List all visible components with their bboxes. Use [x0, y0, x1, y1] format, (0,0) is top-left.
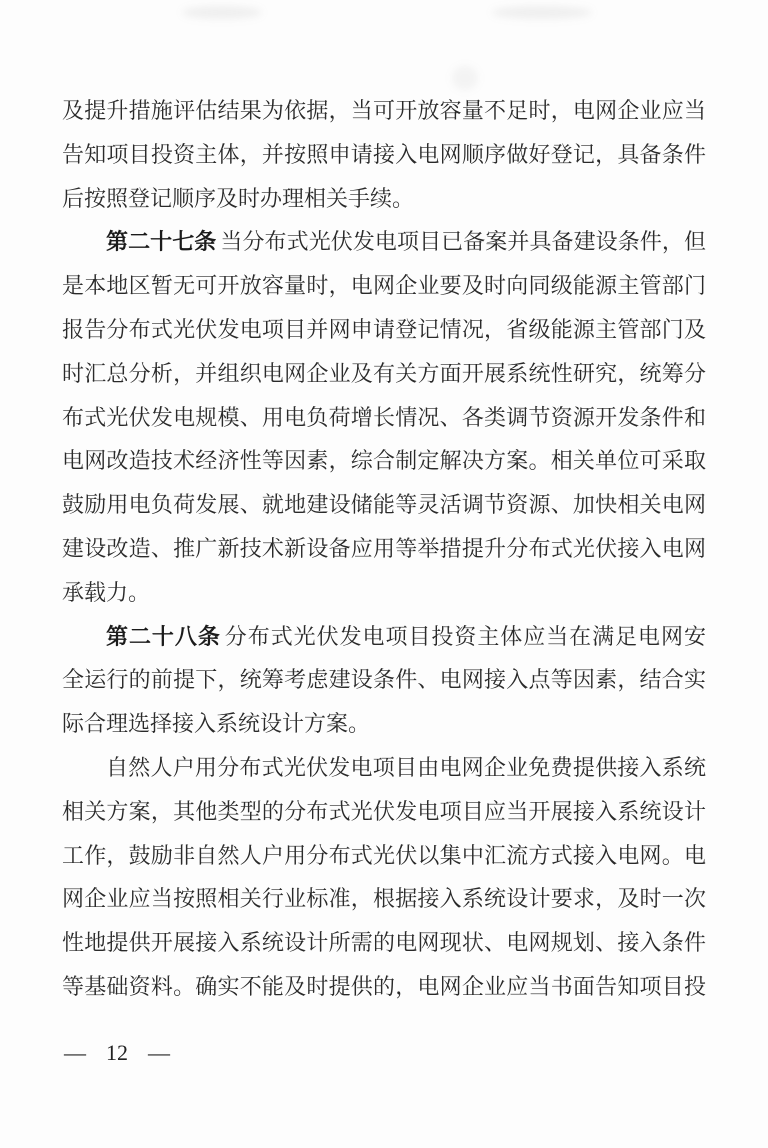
text-line: 鼓励用电负荷发展、就地建设储能等灵活调节资源、加快相关电网 [62, 483, 706, 527]
text-block: 及提升措施评估结果为依据，当可开放容量不足时，电网企业应当告知项目投资主体，并按… [62, 89, 706, 1009]
scan-artifact [182, 6, 262, 19]
line-text: 布式光伏发电规模、用电负荷增长情况、各类调节资源开发条件和 [62, 405, 706, 430]
page-footer: — 12 — [64, 1040, 170, 1066]
text-line: 时汇总分析，并组织电网企业及有关方面开展系统性研究，统筹分 [62, 352, 706, 396]
line-text: 自然人户用分布式光伏发电项目由电网企业免费提供接入系统 [106, 755, 706, 780]
text-line: 报告分布式光伏发电项目并网申请登记情况，省级能源主管部门及 [62, 308, 706, 352]
text-line: 工作，鼓励非自然人户用分布式光伏以集中汇流方式接入电网。电 [62, 834, 706, 878]
document-page: 及提升措施评估结果为依据，当可开放容量不足时，电网企业应当告知项目投资主体，并按… [0, 0, 768, 1148]
article-number: 第二十七条 [106, 229, 216, 254]
line-text: 网企业应当按照相关行业标准，根据接入系统设计要求，及时一次 [62, 886, 706, 911]
line-text: 承载力。 [62, 580, 150, 605]
line-text: 是本地区暂无可开放容量时，电网企业要及时向同级能源主管部门 [62, 273, 706, 298]
line-text: 分布式光伏发电项目投资主体应当在满足电网安 [225, 624, 706, 649]
text-line: 性地提供开展接入系统设计所需的电网现状、电网规划、接入条件 [62, 921, 706, 965]
line-text: 等基础资料。确实不能及时提供的，电网企业应当书面告知项目投 [62, 974, 706, 999]
text-line: 电网改造技术经济性等因素，综合制定解决方案。相关单位可采取 [62, 439, 706, 483]
line-text: 性地提供开展接入系统设计所需的电网现状、电网规划、接入条件 [62, 930, 706, 955]
line-text: 告知项目投资主体，并按照申请接入电网顺序做好登记，具备条件 [62, 142, 706, 167]
text-line: 等基础资料。确实不能及时提供的，电网企业应当书面告知项目投 [62, 965, 706, 1009]
line-text: 鼓励用电负荷发展、就地建设储能等灵活调节资源、加快相关电网 [62, 492, 706, 517]
line-text: 际合理选择接入系统设计方案。 [62, 711, 370, 736]
line-text: 报告分布式光伏发电项目并网申请登记情况，省级能源主管部门及 [62, 317, 706, 342]
text-line: 告知项目投资主体，并按照申请接入电网顺序做好登记，具备条件 [62, 133, 706, 177]
line-text: 时汇总分析，并组织电网企业及有关方面开展系统性研究，统筹分 [62, 361, 706, 386]
footer-dash-right: — [148, 1040, 170, 1066]
line-text: 及提升措施评估结果为依据，当可开放容量不足时，电网企业应当 [62, 98, 706, 123]
text-line: 布式光伏发电规模、用电负荷增长情况、各类调节资源开发条件和 [62, 396, 706, 440]
line-text: 当分布式光伏发电项目已备案并具备建设条件，但 [220, 229, 706, 254]
line-text: 后按照登记顺序及时办理相关手续。 [62, 186, 414, 211]
text-line: 自然人户用分布式光伏发电项目由电网企业免费提供接入系统 [62, 746, 706, 790]
text-line: 网企业应当按照相关行业标准，根据接入系统设计要求，及时一次 [62, 877, 706, 921]
page-number: 12 [106, 1040, 128, 1066]
line-text: 工作，鼓励非自然人户用分布式光伏以集中汇流方式接入电网。电 [62, 843, 706, 868]
line-text: 相关方案，其他类型的分布式光伏发电项目应当开展接入系统设计 [62, 799, 706, 824]
article-number: 第二十八条 [106, 624, 221, 649]
scan-artifact [452, 66, 478, 90]
line-text: 全运行的前提下，统筹考虑建设条件、电网接入点等因素，结合实 [62, 667, 706, 692]
text-line: 后按照登记顺序及时办理相关手续。 [62, 177, 706, 221]
text-line: 第二十八条分布式光伏发电项目投资主体应当在满足电网安 [62, 615, 706, 659]
text-line: 及提升措施评估结果为依据，当可开放容量不足时，电网企业应当 [62, 89, 706, 133]
line-text: 电网改造技术经济性等因素，综合制定解决方案。相关单位可采取 [62, 448, 706, 473]
text-line: 建设改造、推广新技术新设备应用等举措提升分布式光伏接入电网 [62, 527, 706, 571]
text-line: 第二十七条当分布式光伏发电项目已备案并具备建设条件，但 [62, 220, 706, 264]
text-line: 是本地区暂无可开放容量时，电网企业要及时向同级能源主管部门 [62, 264, 706, 308]
scan-artifact [492, 6, 592, 19]
line-text: 建设改造、推广新技术新设备应用等举措提升分布式光伏接入电网 [62, 536, 706, 561]
footer-dash-left: — [64, 1040, 86, 1066]
text-line: 际合理选择接入系统设计方案。 [62, 702, 706, 746]
text-line: 承载力。 [62, 571, 706, 615]
text-line: 相关方案，其他类型的分布式光伏发电项目应当开展接入系统设计 [62, 790, 706, 834]
text-line: 全运行的前提下，统筹考虑建设条件、电网接入点等因素，结合实 [62, 658, 706, 702]
